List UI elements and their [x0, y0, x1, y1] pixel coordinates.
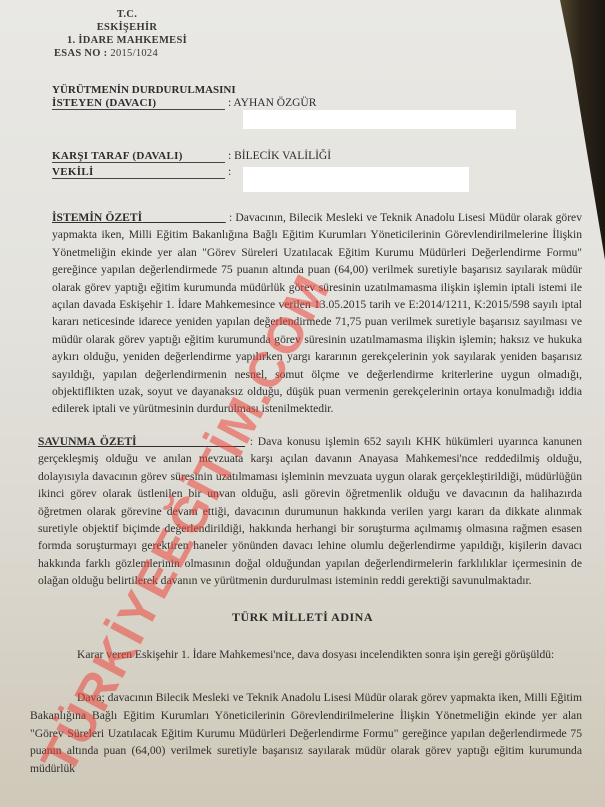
- defendant-name: : BİLECİK VALİLİĞİ: [228, 150, 331, 162]
- plaintiff-label: İSTEYEN (DAVACI): [52, 97, 225, 110]
- defense-summary: SAVUNMA ÖZETİ : Dava konusu işlemin 652 …: [38, 433, 582, 590]
- section-title: TÜRK MİLLETİ ADINA: [0, 610, 605, 625]
- claim-summary-heading: İSTEMİN ÖZETİ: [52, 211, 142, 224]
- defense-summary-text: : Dava konusu işlemin 652 sayılı KHK hük…: [38, 435, 582, 587]
- redacted-address-plaintiff: [243, 110, 516, 129]
- document-page: T.C. ESKİŞEHİR 1. İDARE MAHKEMESİ ESAS N…: [0, 0, 605, 807]
- redacted-attorney: [243, 167, 469, 192]
- claim-summary: İSTEMİN ÖZETİ : Davacının, Bilecik Mesle…: [52, 209, 582, 418]
- plaintiff-row: İSTEYEN (DAVACI): AYHAN ÖZGÜR: [52, 97, 316, 110]
- defendant-label: KARŞI TARAF (DAVALI): [52, 150, 225, 163]
- court-header: T.C. ESKİŞEHİR 1. İDARE MAHKEMESİ ESAS N…: [62, 8, 192, 60]
- case-number-value: 2015/1024: [110, 48, 158, 59]
- defendant-row: KARŞI TARAF (DAVALI): BİLECİK VALİLİĞİ: [52, 150, 331, 163]
- defense-summary-heading: SAVUNMA ÖZETİ: [38, 435, 137, 448]
- plaintiff-name: : AYHAN ÖZGÜR: [228, 97, 316, 109]
- case-number-label: ESAS NO :: [54, 48, 107, 59]
- claim-summary-text: : Davacının, Bilecik Mesleki ve Teknik A…: [52, 211, 582, 415]
- attorney-value: :: [228, 166, 231, 178]
- header-city: ESKİŞEHİR: [62, 21, 192, 34]
- attorney-label: VEKİLİ: [52, 166, 225, 179]
- attorney-row: VEKİLİ:: [52, 166, 231, 179]
- plaintiff-label-line1: YÜRÜTMENİN DURDURULMASINI: [52, 84, 236, 96]
- case-number: ESAS NO : 2015/1024: [54, 47, 192, 60]
- header-tc: T.C.: [62, 8, 192, 21]
- header-court: 1. İDARE MAHKEMESİ: [62, 34, 192, 47]
- decision-body: Dava; davacının Bilecik Mesleki ve Tekni…: [30, 689, 582, 778]
- decision-intro: Karar veren Eskişehir 1. İdare Mahkemesi…: [30, 646, 582, 663]
